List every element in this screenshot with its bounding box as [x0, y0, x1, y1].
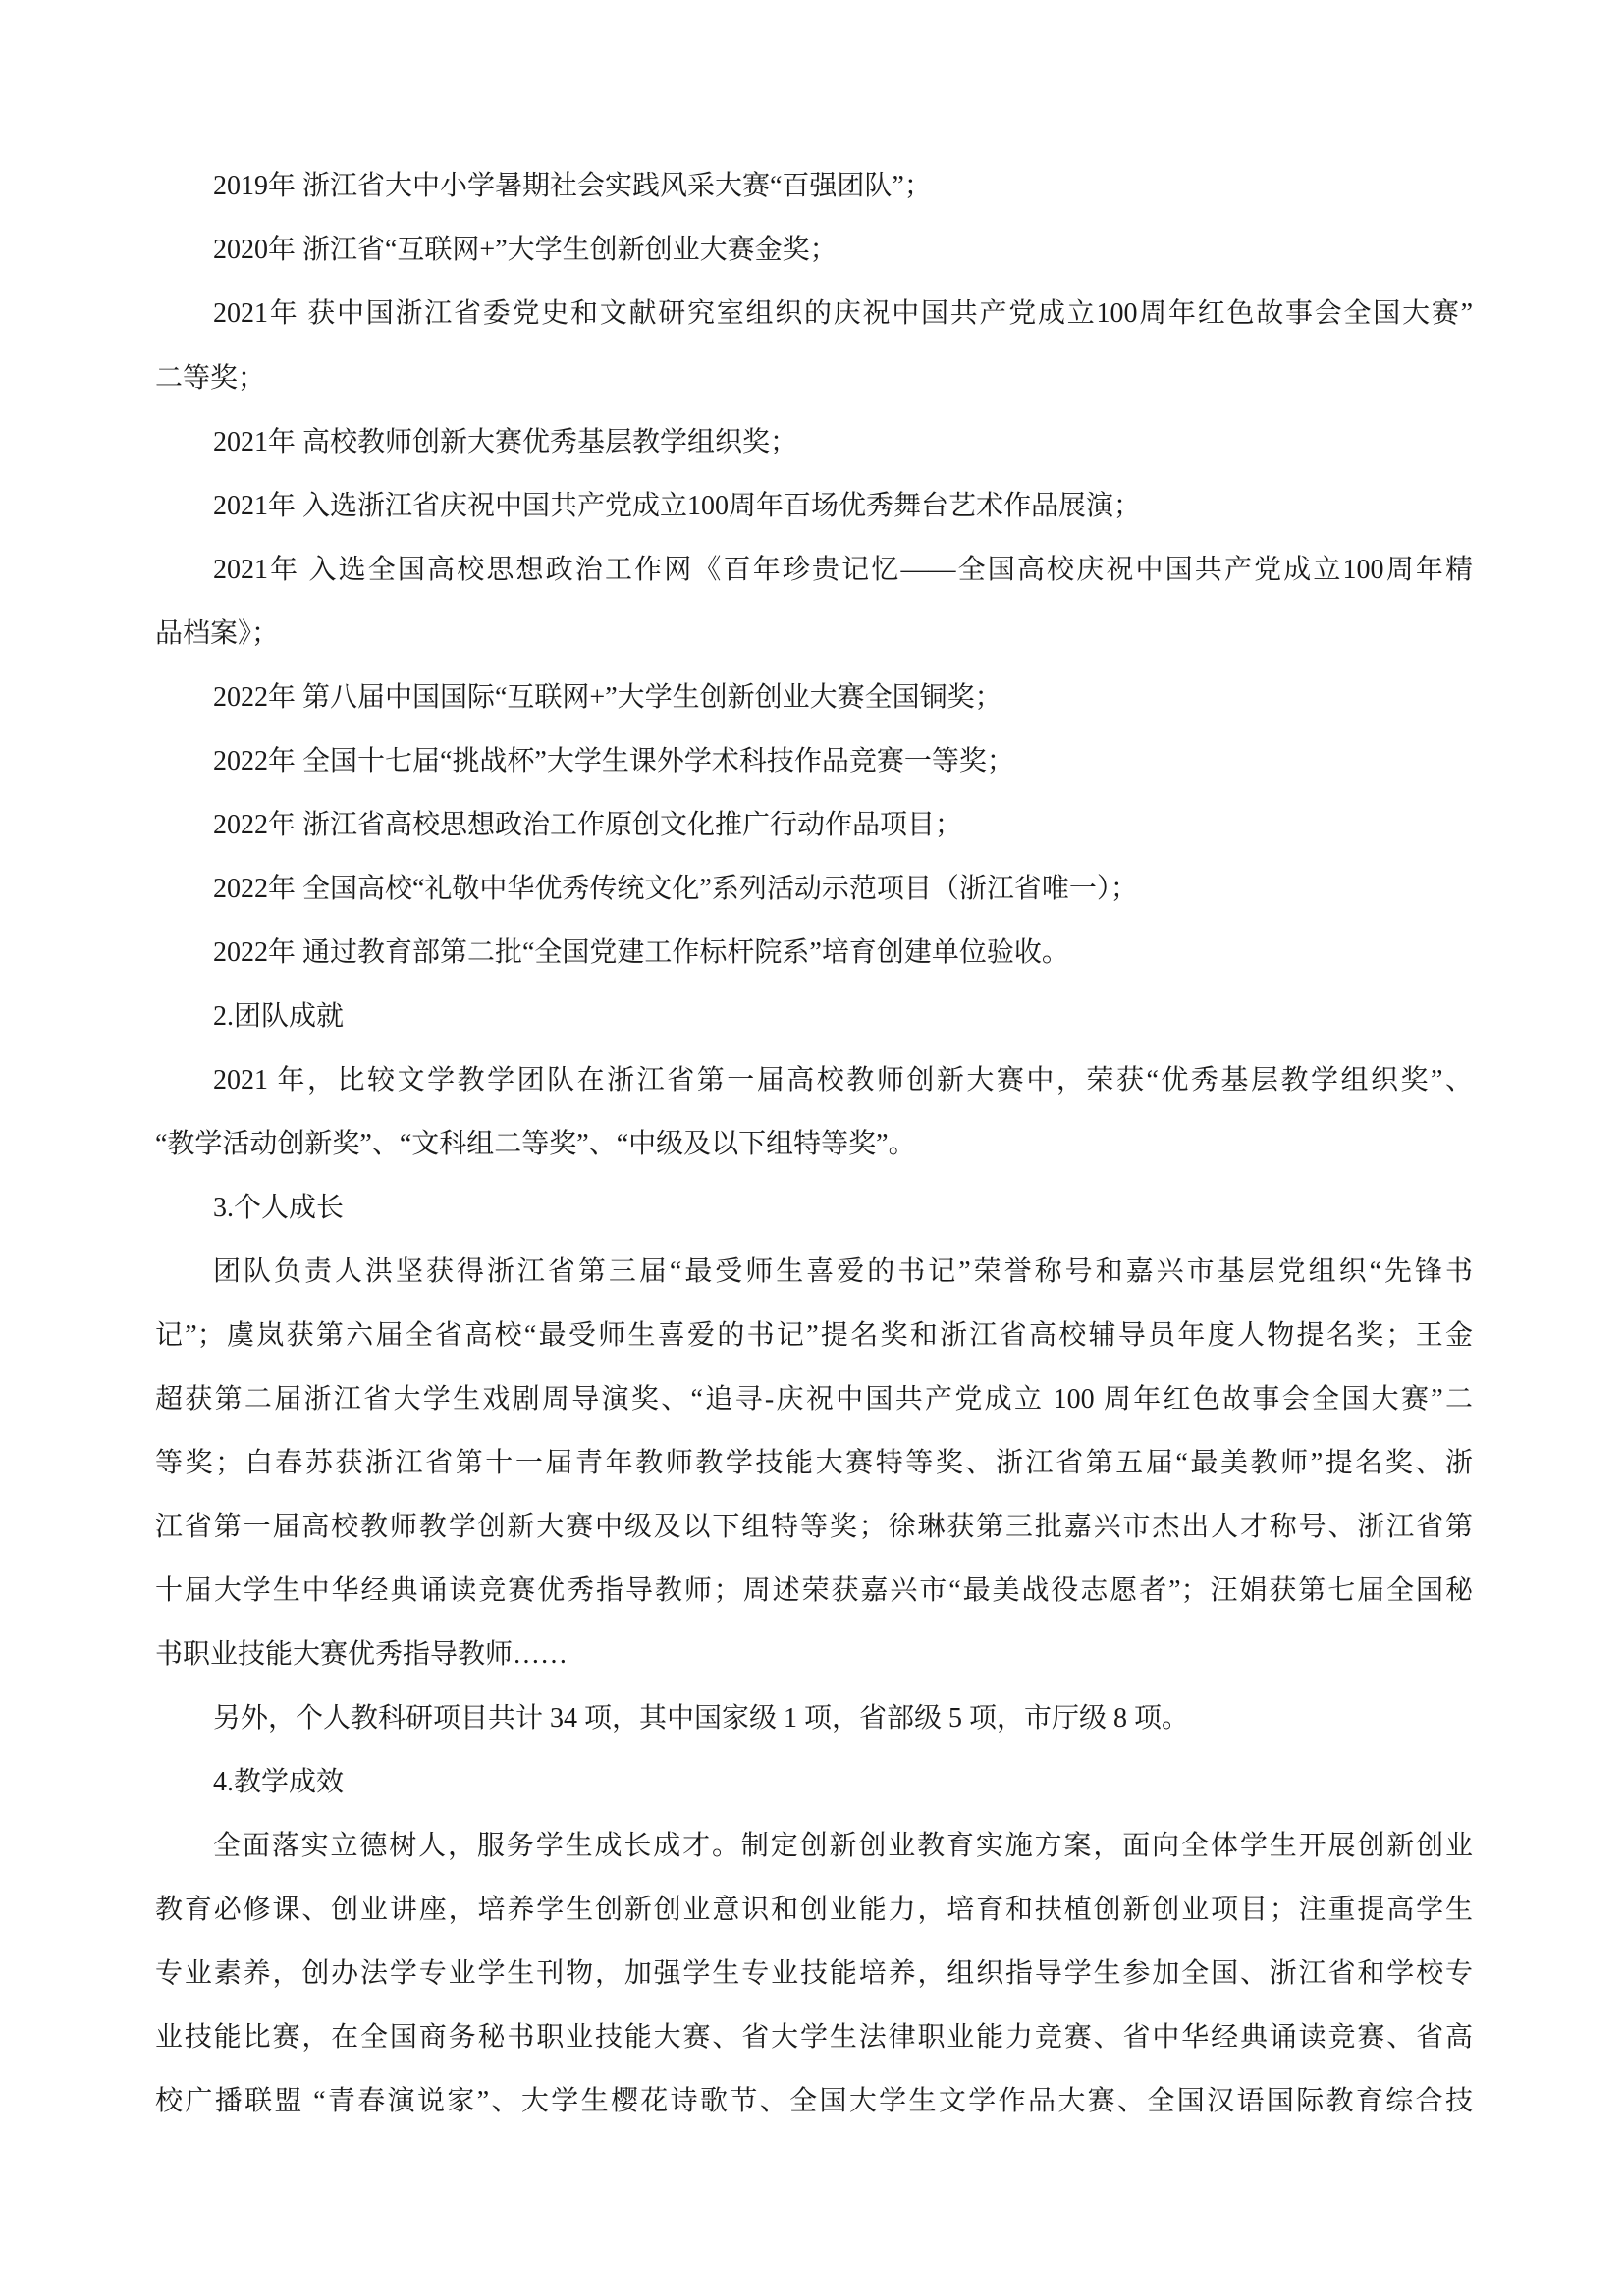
teaching-outcomes-paragraph-line-2: 教育必修课、创业讲座，培养学生创新创业意识和创业能力，培育和扶植创新创业项目；注… [155, 1891, 1473, 1930]
personal-growth-paragraph-line-7: 书职业技能大赛优秀指导教师…… [155, 1635, 1473, 1675]
personal-growth-paragraph-line-5: 江省第一届高校教师教学创新大赛中级及以下组特等奖；徐琳获第三批嘉兴市杰出人才称号… [155, 1508, 1473, 1547]
section-heading-teaching-outcomes: 4.教学成效 [213, 1763, 1473, 1802]
team-achievement-paragraph: 2021 年，比较文学教学团队在浙江省第一届高校教师创新大赛中，荣获“优秀基层教… [213, 1061, 1473, 1100]
teaching-outcomes-paragraph-line-5: 校广播联盟 “青春演说家”、大学生樱花诗歌节、全国大学生文学作品大赛、全国汉语国… [155, 2082, 1473, 2121]
award-2020-internet-plus: 2020年 浙江省“互联网+”大学生创新创业大赛金奖； [213, 231, 1473, 270]
award-2021-precious-memory-cont: 品档案》； [155, 614, 1473, 654]
section-heading-team-achievements: 2.团队成就 [213, 997, 1473, 1037]
award-2019-social-practice: 2019年 浙江省大中小学暑期社会实践风采大赛“百强团队”； [213, 167, 1473, 206]
personal-growth-paragraph-line-3: 超获第二届浙江省大学生戏剧周导演奖、“追寻-庆祝中国共产党成立 100 周年红色… [155, 1380, 1473, 1419]
teaching-outcomes-paragraph: 全面落实立德树人，服务学生成长成才。制定创新创业教育实施方案，面向全体学生开展创… [213, 1827, 1473, 1866]
personal-growth-paragraph-line-6: 十届大学生中华经典诵读竞赛优秀指导教师；周述荣获嘉兴市“最美战役志愿者”；汪娟获… [155, 1572, 1473, 1611]
personal-growth-paragraph-line-2: 记”；虞岚获第六届全省高校“最受师生喜爱的书记”提名奖和浙江省高校辅导员年度人物… [155, 1316, 1473, 1356]
award-2022-challenge-cup: 2022年 全国十七届“挑战杯”大学生课外学术科技作品竞赛一等奖； [213, 742, 1473, 781]
award-2021-red-story-contest: 2021年 获中国浙江省委党史和文献研究室组织的庆祝中国共产党成立100周年红色… [213, 294, 1473, 334]
teaching-outcomes-paragraph-line-3: 专业素养，创办法学专业学生刊物，加强学生专业技能培养，组织指导学生参加全国、浙江… [155, 1954, 1473, 1994]
section-heading-personal-growth: 3.个人成长 [213, 1189, 1473, 1228]
team-achievement-paragraph-cont: “教学活动创新奖”、“文科组二等奖”、“中级及以下组特等奖”。 [155, 1125, 1473, 1164]
personal-growth-paragraph: 团队负责人洪坚获得浙江省第三届“最受师生喜爱的书记”荣誉称号和嘉兴市基层党组织“… [213, 1253, 1473, 1292]
document-page: 2019年 浙江省大中小学暑期社会实践风采大赛“百强团队”； 2020年 浙江省… [0, 0, 1624, 2296]
award-2022-traditional-culture: 2022年 全国高校“礼敬中华优秀传统文化”系列活动示范项目（浙江省唯一）； [213, 870, 1473, 909]
award-2022-internet-plus-bronze: 2022年 第八届中国国际“互联网+”大学生创新创业大赛全国铜奖； [213, 678, 1473, 718]
award-2021-precious-memory: 2021年 入选全国高校思想政治工作网《百年珍贵记忆——全国高校庆祝中国共产党成… [213, 551, 1473, 590]
teaching-outcomes-paragraph-line-4: 业技能比赛，在全国商务秘书职业技能大赛、省大学生法律职业能力竞赛、省中华经典诵读… [155, 2018, 1473, 2057]
award-2022-ideological-work: 2022年 浙江省高校思想政治工作原创文化推广行动作品项目； [213, 806, 1473, 845]
award-2021-stage-art: 2021年 入选浙江省庆祝中国共产党成立100周年百场优秀舞台艺术作品展演； [213, 487, 1473, 526]
award-2021-teaching-org: 2021年 高校教师创新大赛优秀基层教学组织奖； [213, 423, 1473, 462]
research-projects-summary: 另外，个人教科研项目共计 34 项，其中国家级 1 项，省部级 5 项，市厅级 … [213, 1699, 1473, 1738]
personal-growth-paragraph-line-4: 等奖；白春苏获浙江省第十一届青年教师教学技能大赛特等奖、浙江省第五届“最美教师”… [155, 1444, 1473, 1483]
award-2021-red-story-contest-cont: 二等奖； [155, 359, 1473, 399]
award-2022-party-building: 2022年 通过教育部第二批“全国党建工作标杆院系”培育创建单位验收。 [213, 934, 1473, 973]
